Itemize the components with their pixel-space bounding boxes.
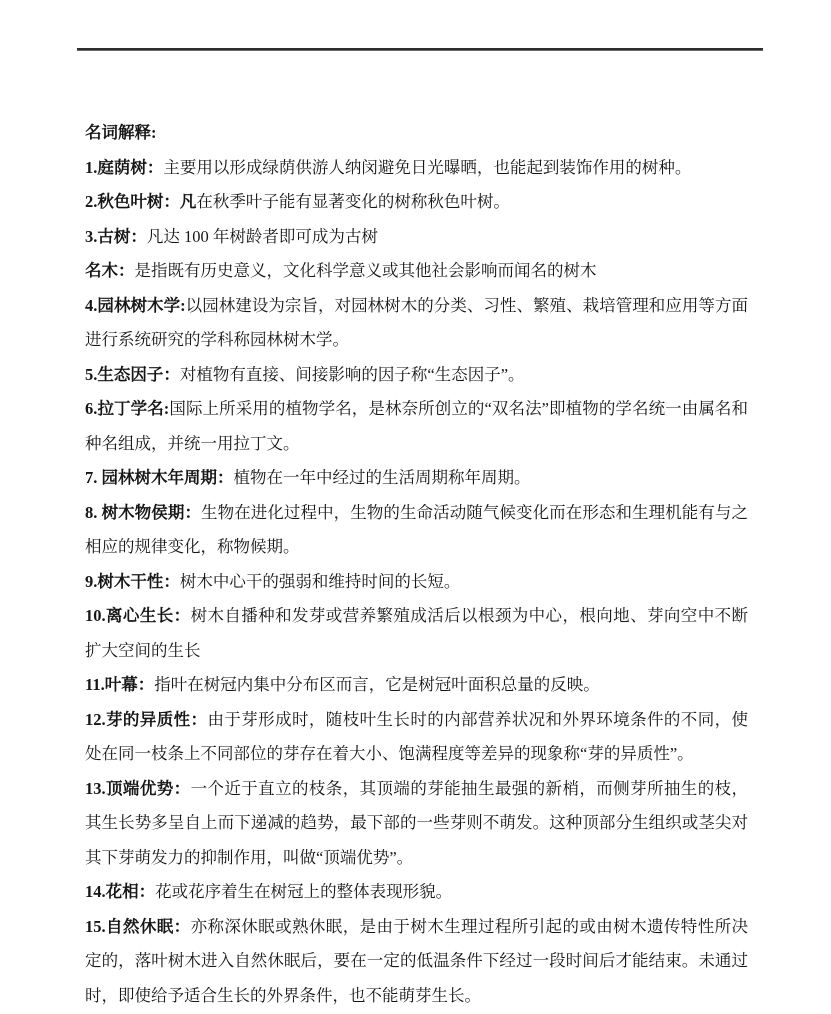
term-definition: 凡达 100 年树龄者即可成为古树 — [147, 227, 378, 246]
glossary-item-3b: 名木：是指既有历史意义，文化科学意义或其他社会影响而闻名的树木 — [85, 254, 748, 289]
glossary-item-9: 9.树木干性：树木中心干的强弱和维持时间的长短。 — [85, 565, 748, 600]
glossary-item-2: 2.秋色叶树：凡在秋季叶子能有显著变化的树称秋色叶树。 — [85, 185, 748, 220]
header-rule — [77, 48, 763, 51]
term-label: 2.秋色叶树：凡 — [85, 192, 196, 211]
term-label: 6.拉丁学名: — [85, 399, 169, 418]
term-label: 4.园林树木学: — [85, 296, 186, 315]
glossary-item-15: 15.自然休眠：亦称深休眠或熟休眠，是由于树木生理过程所引起的或由树木遗传特性所… — [85, 910, 748, 1014]
glossary-item-13: 13.顶端优势：一个近于直立的枝条，其顶端的芽能抽生最强的新梢，而侧芽所抽生的枝… — [85, 772, 748, 876]
glossary-item-7: 7. 园林树木年周期：植物在一年中经过的生活周期称年周期。 — [85, 461, 748, 496]
glossary-item-10: 10.离心生长：树木自播种和发芽或营养繁殖成活后以根颈为中心，根向地、芽向空中不… — [85, 599, 748, 668]
glossary-item-12: 12.芽的异质性：由于芽形成时，随枝叶生长时的内部营养状况和外界环境条件的不同，… — [85, 703, 748, 772]
glossary-item-6: 6.拉丁学名:国际上所采用的植物学名，是林奈所创立的“双名法”即植物的学名统一由… — [85, 392, 748, 461]
glossary-item-4: 4.园林树木学:以园林建设为宗旨，对园林树木的分类、习性、繁殖、栽培管理和应用等… — [85, 289, 748, 358]
term-label: 7. 园林树木年周期： — [85, 468, 234, 487]
term-label: 11.叶幕： — [85, 675, 154, 694]
glossary-item-14: 14.花相：花或花序着生在树冠上的整体表现形貌。 — [85, 875, 748, 910]
term-label: 8. 树木物侯期： — [85, 503, 201, 522]
term-definition: 对植物有直接、间接影响的因子称“生态因子”。 — [180, 365, 525, 384]
term-definition: 树木中心干的强弱和维持时间的长短。 — [180, 572, 461, 591]
term-label: 14.花相： — [85, 882, 155, 901]
term-label: 5.生态因子： — [85, 365, 180, 384]
term-definition: 植物在一年中经过的生活周期称年周期。 — [234, 468, 531, 487]
term-label: 3.古树： — [85, 227, 147, 246]
term-definition: 花或花序着生在树冠上的整体表现形貌。 — [155, 882, 452, 901]
term-label: 1.庭荫树： — [85, 158, 163, 177]
term-label: 15.自然休眠： — [85, 917, 191, 936]
glossary-item-5: 5.生态因子：对植物有直接、间接影响的因子称“生态因子”。 — [85, 358, 748, 393]
term-label: 10.离心生长： — [85, 606, 191, 625]
glossary-item-11: 11.叶幕：指叶在树冠内集中分布区而言，它是树冠叶面积总量的反映。 — [85, 668, 748, 703]
glossary-item-8: 8. 树木物侯期：生物在进化过程中，生物的生命活动随气候变化而在形态和生理机能有… — [85, 496, 748, 565]
glossary-item-3: 3.古树：凡达 100 年树龄者即可成为古树 — [85, 220, 748, 255]
document-page: 名词解释: 1.庭荫树：主要用以形成绿荫供游人纳闵避免日光曝晒，也能起到装饰作用… — [0, 0, 831, 1014]
term-label: 名木： — [85, 261, 135, 280]
document-body: 名词解释: 1.庭荫树：主要用以形成绿荫供游人纳闵避免日光曝晒，也能起到装饰作用… — [85, 116, 748, 1013]
term-definition: 国际上所采用的植物学名，是林奈所创立的“双名法”即植物的学名统一由属名和种名组成… — [85, 399, 748, 453]
term-label: 9.树木干性： — [85, 572, 180, 591]
term-definition: 指叶在树冠内集中分布区而言，它是树冠叶面积总量的反映。 — [154, 675, 600, 694]
term-definition: 主要用以形成绿荫供游人纳闵避免日光曝晒，也能起到装饰作用的树种。 — [163, 158, 691, 177]
glossary-item-1: 1.庭荫树：主要用以形成绿荫供游人纳闵避免日光曝晒，也能起到装饰作用的树种。 — [85, 151, 748, 186]
term-definition: 是指既有历史意义，文化科学意义或其他社会影响而闻名的树木 — [135, 261, 597, 280]
term-label: 13.顶端优势： — [85, 779, 191, 798]
term-label: 12.芽的异质性： — [85, 710, 207, 729]
page-title: 名词解释: — [85, 116, 748, 151]
term-definition: 在秋季叶子能有显著变化的树称秋色叶树。 — [196, 192, 510, 211]
